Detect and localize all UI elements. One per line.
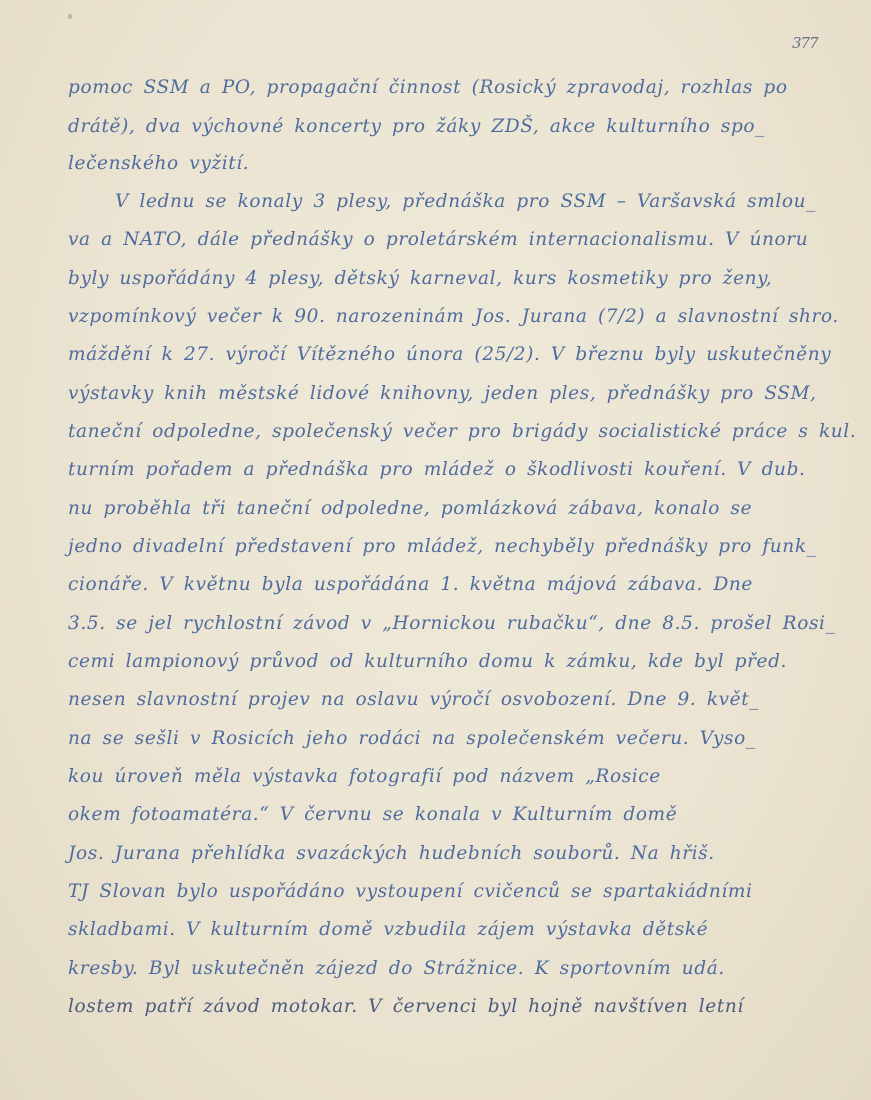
text-line: okem fotoamatéra.“ V červnu se konala v … xyxy=(68,803,808,827)
text-line: jedno divadelní představení pro mládež, … xyxy=(68,535,808,559)
text-line: nesen slavnostní projev na oslavu výročí… xyxy=(68,688,808,712)
manuscript-page: 377 pomoc SSM a PO, propagační činnost (… xyxy=(0,0,871,1100)
text-line: lostem patří závod motokar. V červenci b… xyxy=(68,995,808,1019)
page-number: 377 xyxy=(792,34,818,52)
text-line: taneční odpoledne, společenský večer pro… xyxy=(68,420,808,444)
text-line: 3.5. se jel rychlostní závod v „Hornicko… xyxy=(68,612,808,636)
text-line: máždění k 27. výročí Vítězného února (25… xyxy=(68,343,808,367)
text-line: kou úroveň měla výstavka fotografií pod … xyxy=(68,765,808,789)
paper-speck xyxy=(68,14,72,19)
text-line: pomoc SSM a PO, propagační činnost (Rosi… xyxy=(68,76,808,100)
text-line: nu proběhla tři taneční odpoledne, pomlá… xyxy=(68,497,808,521)
text-line: va a NATO, dále přednášky o proletárském… xyxy=(68,228,808,252)
text-line: na se sešli v Rosicích jeho rodáci na sp… xyxy=(68,727,808,751)
text-line: byly uspořádány 4 plesy, dětský karneval… xyxy=(68,267,808,291)
text-line: TJ Slovan bylo uspořádáno vystoupení cvi… xyxy=(68,880,808,904)
text-line: cemi lampionový průvod od kulturního dom… xyxy=(68,650,808,674)
text-line: drátě), dva výchovné koncerty pro žáky Z… xyxy=(68,115,808,139)
text-line: Jos. Jurana přehlídka svazáckých hudební… xyxy=(68,842,808,866)
text-line: vzpomínkový večer k 90. narozeninám Jos.… xyxy=(68,305,808,329)
text-line: kresby. Byl uskutečněn zájezd do Strážni… xyxy=(68,957,808,981)
text-line: skladbami. V kulturním domě vzbudila záj… xyxy=(68,918,808,942)
paragraph-start-line: V lednu se konaly 3 plesy, přednáška pro… xyxy=(115,190,855,214)
text-line: turním pořadem a přednáška pro mládež o … xyxy=(68,458,808,482)
text-line: cionáře. V květnu byla uspořádána 1. kvě… xyxy=(68,573,808,597)
text-line: lečenského vyžití. xyxy=(68,152,808,176)
text-line: výstavky knih městské lidové knihovny, j… xyxy=(68,382,808,406)
